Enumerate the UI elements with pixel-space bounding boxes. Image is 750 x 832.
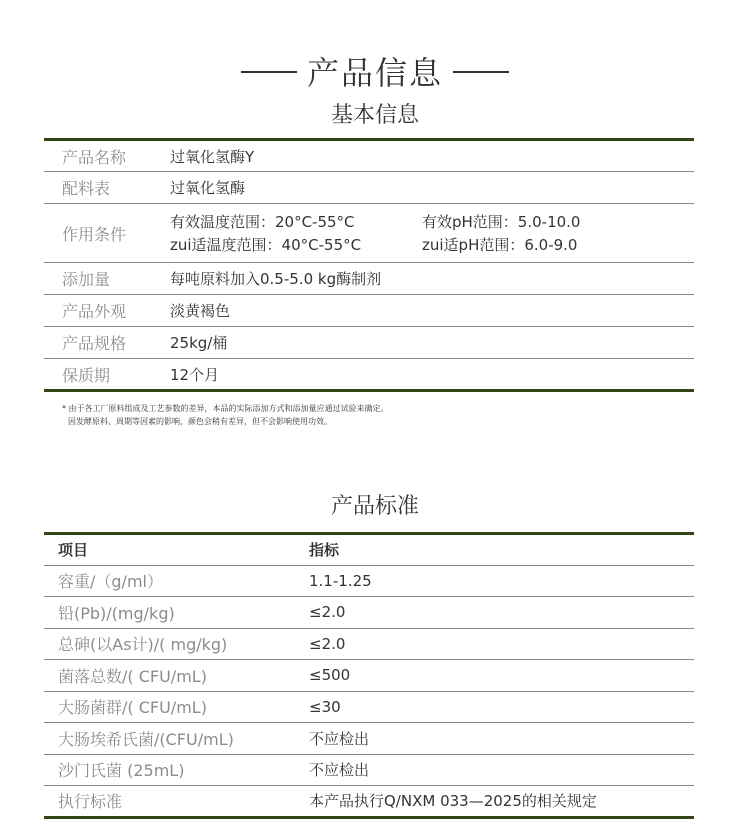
row-item: 总砷(以As计)/( mg/kg) [44, 628, 309, 660]
condition-temp-optimal: zui适温度范围：40°C-55°C [170, 234, 422, 255]
header-spec: 指标 [309, 534, 694, 566]
table-row: 容重/（g/ml） 1.1-1.25 [44, 565, 694, 597]
row-label: 保质期 [44, 359, 170, 391]
row-label: 作用条件 [44, 204, 170, 263]
table-row: 沙门氏菌 (25mL) 不应检出 [44, 754, 694, 786]
table-row: 产品规格 25kg/桶 [44, 327, 694, 359]
page-title-text: 产品信息 [307, 54, 443, 92]
row-item: 容重/（g/ml） [44, 565, 309, 597]
row-spec: 不应检出 [309, 723, 694, 755]
condition-ph-effective: 有效pH范围：5.0-10.0 [422, 211, 672, 232]
table-row: 铅(Pb)/(mg/kg) ≤2.0 [44, 597, 694, 629]
table-row: 配料表 过氧化氢酶 [44, 172, 694, 204]
condition-temp-effective: 有效温度范围：20°C-55°C [170, 211, 422, 232]
row-value: 有效温度范围：20°C-55°C 有效pH范围：5.0-10.0 zui适温度范… [170, 204, 694, 263]
row-item: 执行标准 [44, 786, 309, 818]
row-spec: ≤2.0 [309, 597, 694, 629]
condition-ph-optimal: zui适pH范围：6.0-9.0 [422, 234, 672, 255]
row-spec: ≤30 [309, 691, 694, 723]
row-spec: 1.1-1.25 [309, 565, 694, 597]
footnote-line: 因发酵原料、周期等因素的影响，颜色会稍有差异，但不会影响使用功效。 [62, 415, 389, 428]
table-row: 总砷(以As计)/( mg/kg) ≤2.0 [44, 628, 694, 660]
table-row: 大肠埃希氏菌/(CFU/mL) 不应检出 [44, 723, 694, 755]
row-value: 淡黄褐色 [170, 295, 694, 327]
row-value: 12个月 [170, 359, 694, 391]
row-label: 产品外观 [44, 295, 170, 327]
table-row: 产品名称 过氧化氢酶Y [44, 140, 694, 172]
row-value: 每吨原料加入0.5-5.0 kg酶制剂 [170, 263, 694, 295]
table-row: 大肠菌群/( CFU/mL) ≤30 [44, 691, 694, 723]
conditions-grid: 有效温度范围：20°C-55°C 有效pH范围：5.0-10.0 zui适温度范… [170, 211, 694, 255]
row-item: 大肠埃希氏菌/(CFU/mL) [44, 723, 309, 755]
basic-info-table: 产品名称 过氧化氢酶Y 配料表 过氧化氢酶 作用条件 有效温度范围：20°C-5… [44, 138, 694, 392]
row-item: 铅(Pb)/(mg/kg) [44, 597, 309, 629]
table-row: 菌落总数/( CFU/mL) ≤500 [44, 660, 694, 692]
row-spec: ≤2.0 [309, 628, 694, 660]
table-row: 产品外观 淡黄褐色 [44, 295, 694, 327]
product-standard-table: 项目 指标 容重/（g/ml） 1.1-1.25 铅(Pb)/(mg/kg) ≤… [44, 532, 694, 819]
row-item: 大肠菌群/( CFU/mL) [44, 691, 309, 723]
section-title-product-standard: 产品标准 [0, 489, 750, 520]
table-row: 执行标准 本产品执行Q/NXM 033—2025的相关规定 [44, 786, 694, 818]
row-value: 过氧化氢酶Y [170, 140, 694, 172]
row-label: 配料表 [44, 172, 170, 204]
row-value: 25kg/桶 [170, 327, 694, 359]
title-dash-left [241, 71, 297, 73]
table-row: 保质期 12个月 [44, 359, 694, 391]
row-item: 菌落总数/( CFU/mL) [44, 660, 309, 692]
table-row: 添加量 每吨原料加入0.5-5.0 kg酶制剂 [44, 263, 694, 295]
footnote-line: * 由于各工厂原料组成及工艺参数的差异，本品的实际添加方式和添加量应通过试验来确… [62, 402, 389, 415]
page-title: 产品信息 [0, 48, 750, 94]
row-value: 过氧化氢酶 [170, 172, 694, 204]
row-label: 产品规格 [44, 327, 170, 359]
header-item: 项目 [44, 534, 309, 566]
row-item: 沙门氏菌 (25mL) [44, 754, 309, 786]
row-spec: ≤500 [309, 660, 694, 692]
row-label: 产品名称 [44, 140, 170, 172]
table-row: 作用条件 有效温度范围：20°C-55°C 有效pH范围：5.0-10.0 zu… [44, 204, 694, 263]
table-header-row: 项目 指标 [44, 534, 694, 566]
section-title-basic-info: 基本信息 [0, 98, 750, 129]
footnote: * 由于各工厂原料组成及工艺参数的差异，本品的实际添加方式和添加量应通过试验来确… [62, 402, 389, 428]
row-label: 添加量 [44, 263, 170, 295]
title-dash-right [453, 71, 509, 73]
row-spec: 本产品执行Q/NXM 033—2025的相关规定 [309, 786, 694, 818]
row-spec: 不应检出 [309, 754, 694, 786]
